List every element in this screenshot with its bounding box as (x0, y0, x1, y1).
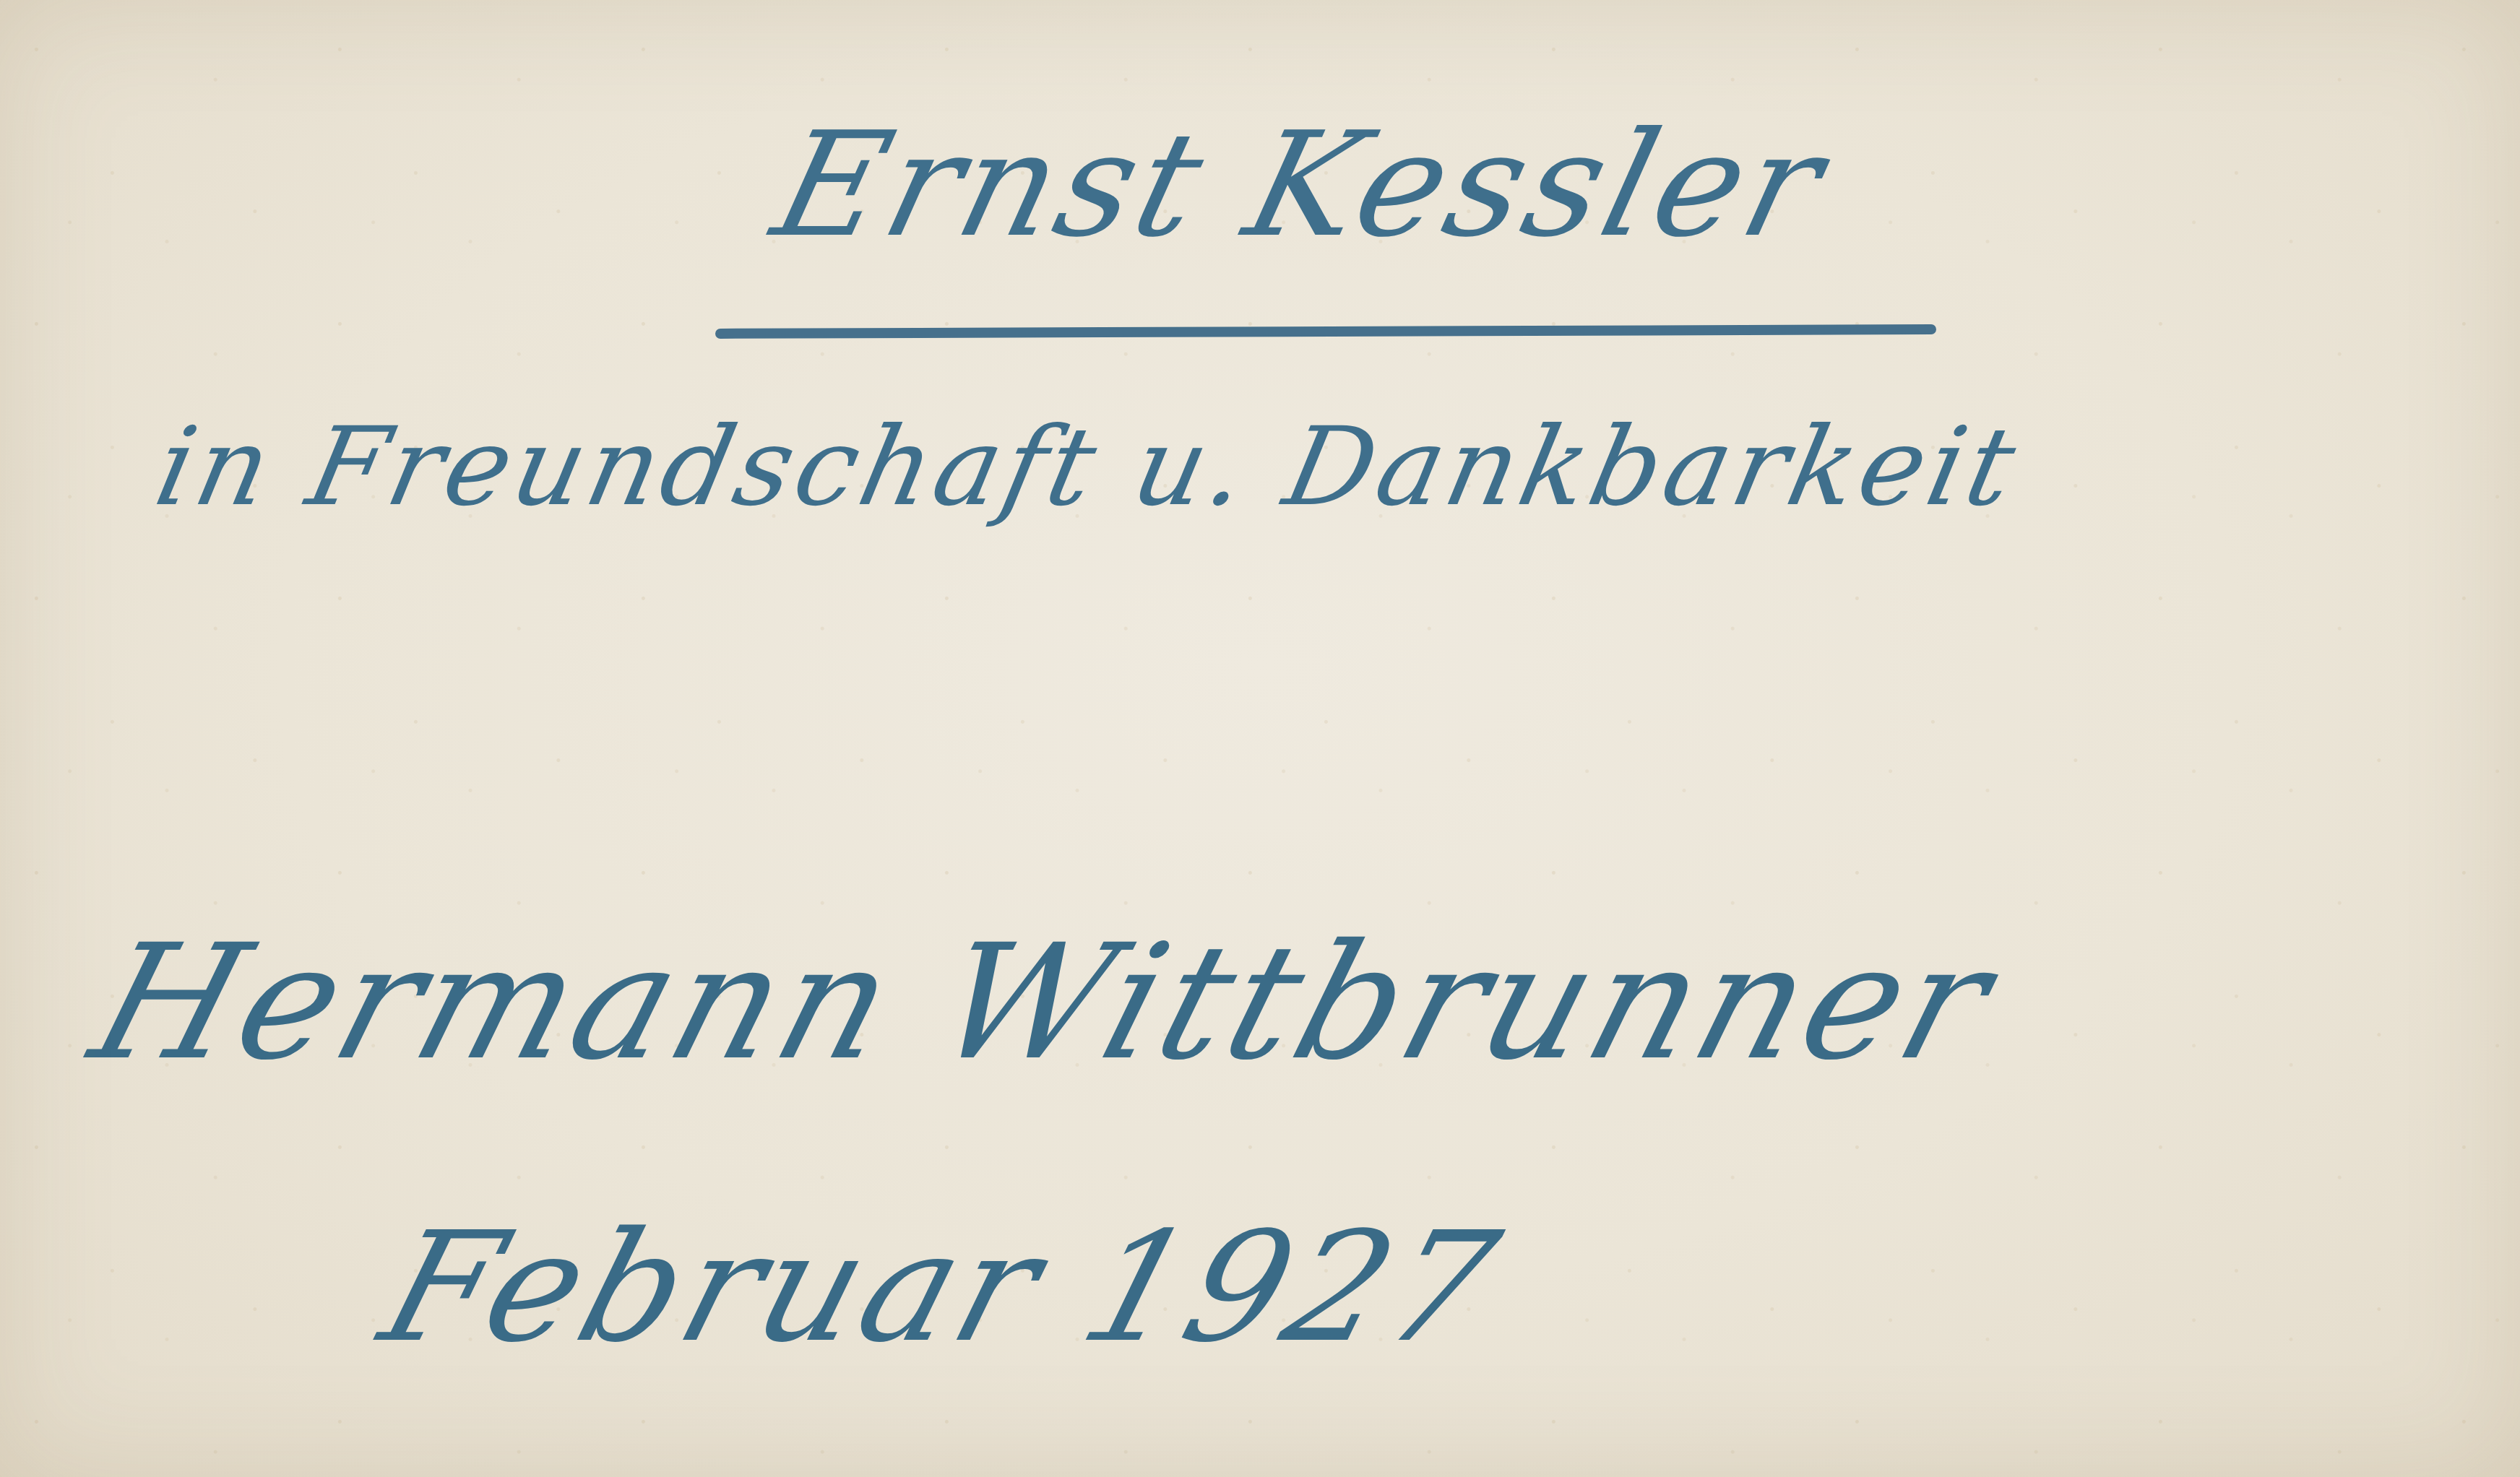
recipient-name: Ernst Kessler (759, 101, 1842, 269)
recipient-underline (715, 324, 1936, 339)
dedication-date: Februar 1927 (365, 1199, 1519, 1376)
author-signature: Hermann Wittbrunner (74, 910, 2014, 1095)
dedication-text: in Freundschaft u. Dankbarkeit (146, 404, 2030, 530)
document-page: Ernst Kessler in Freundschaft u. Dankbar… (0, 0, 2520, 1477)
